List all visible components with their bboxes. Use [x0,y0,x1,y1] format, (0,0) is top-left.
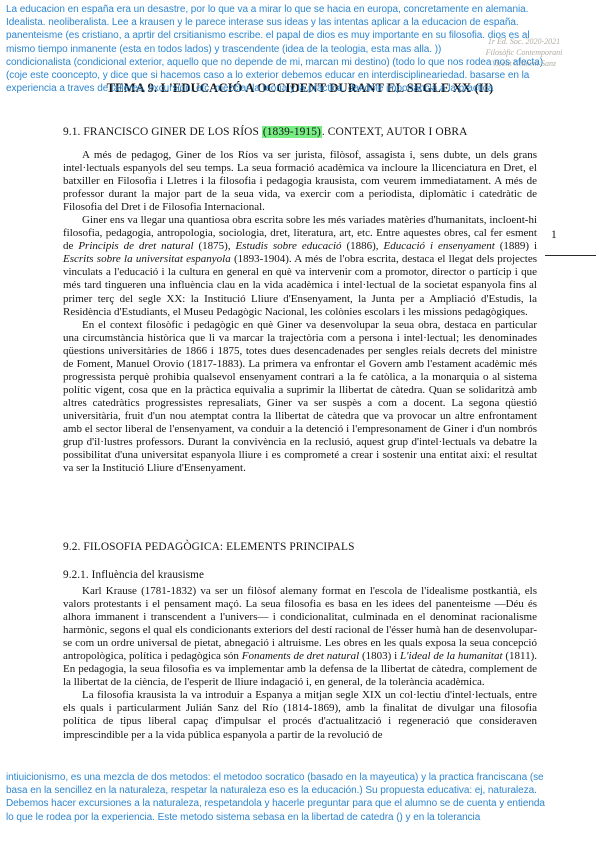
paragraph: A més de pedagog, Giner de los Ríos va s… [63,149,537,214]
note-line: intiuicionismo, es una mezcla de dos met… [6,771,598,784]
paragraph: En el context filosòfic i pedagògic en q… [63,319,537,476]
note-line: mismo tiempo inmanente (esta en todos la… [6,43,598,56]
text-run: La filosofia krausista la va introduir a… [63,689,537,740]
note-line: lo que le rodea por la experiencia. Este… [6,811,598,824]
text-run: (1886), [342,240,384,252]
text-run: Educació i ensenyament [383,240,494,252]
section-9-2-body: Karl Krause (1781-1832) va ser un filòso… [63,585,537,742]
text-run: Escrits sobre la universitat espanyola [63,253,231,265]
text-run: (1803) i [359,650,400,662]
note-line: Debemos hacer excursiones a la naturalez… [6,797,598,810]
section-heading-9-1: 9.1. FRANCISCO GINER DE LOS RÍOS (1839-1… [63,126,543,138]
text-run: Estudis sobre educació [236,240,342,252]
text-run: En el context filosòfic i pedagògic en q… [63,319,537,475]
note-line: (coje este cooncepto, y dice que si hace… [6,69,598,82]
text-run: Fonaments de dret natural [242,650,359,662]
margin-rule [545,255,596,256]
note-line: basa en la sencillez en la naturaleza, r… [6,784,598,797]
highlighted-dates: (1839-1915) [262,126,322,138]
note-line: condicionalista (condicional exterior, a… [6,56,598,69]
text-run: A més de pedagog, Giner de los Ríos va s… [63,149,537,213]
note-line: panenteisme (es cristiano, a aprtir del … [6,29,598,42]
handwritten-note-bottom: intiuicionismo, es una mezcla de dos met… [6,771,598,824]
note-line: experiencia a traves de talleres, excurs… [6,82,598,95]
text-run: (1889) i [495,240,537,252]
note-line: Idealista. neoliberalista. Lee a krausen… [6,16,598,29]
paragraph: La filosofia krausista la va introduir a… [63,689,537,741]
note-line: La educacion en españa era un desastre, … [6,3,598,16]
paragraph: Karl Krause (1781-1832) va ser un filòso… [63,585,537,689]
text-run: L'ideal de la humanitat [400,650,502,662]
section-heading-9-2: 9.2. FILOSOFIA PEDAGÒGICA: ELEMENTS PRIN… [63,541,543,553]
text-run: (1875), [194,240,236,252]
heading-9-1-suffix: . CONTEXT, AUTOR I OBRA [322,126,468,138]
document-content: TEMA 9. L'EDUCACIÓ A OCCIDENT DURANT EL … [0,0,599,848]
paragraph: Giner ens va llegar una quantiosa obra e… [63,214,537,318]
subsection-heading-9-2-1: 9.2.1. Influència del krausisme [63,569,543,581]
section-9-1-body: A més de pedagog, Giner de los Ríos va s… [63,149,537,475]
handwritten-note-top: La educacion en españa era un desastre, … [6,3,598,95]
text-run: Principis de dret natural [78,240,193,252]
document-page: 1r Ed. Soc. 2020-2021Filosòfic Contempor… [0,0,599,848]
heading-9-1-prefix: 9.1. FRANCISCO GINER DE LOS RÍOS [63,126,262,138]
margin-marker: 1 [551,229,557,241]
